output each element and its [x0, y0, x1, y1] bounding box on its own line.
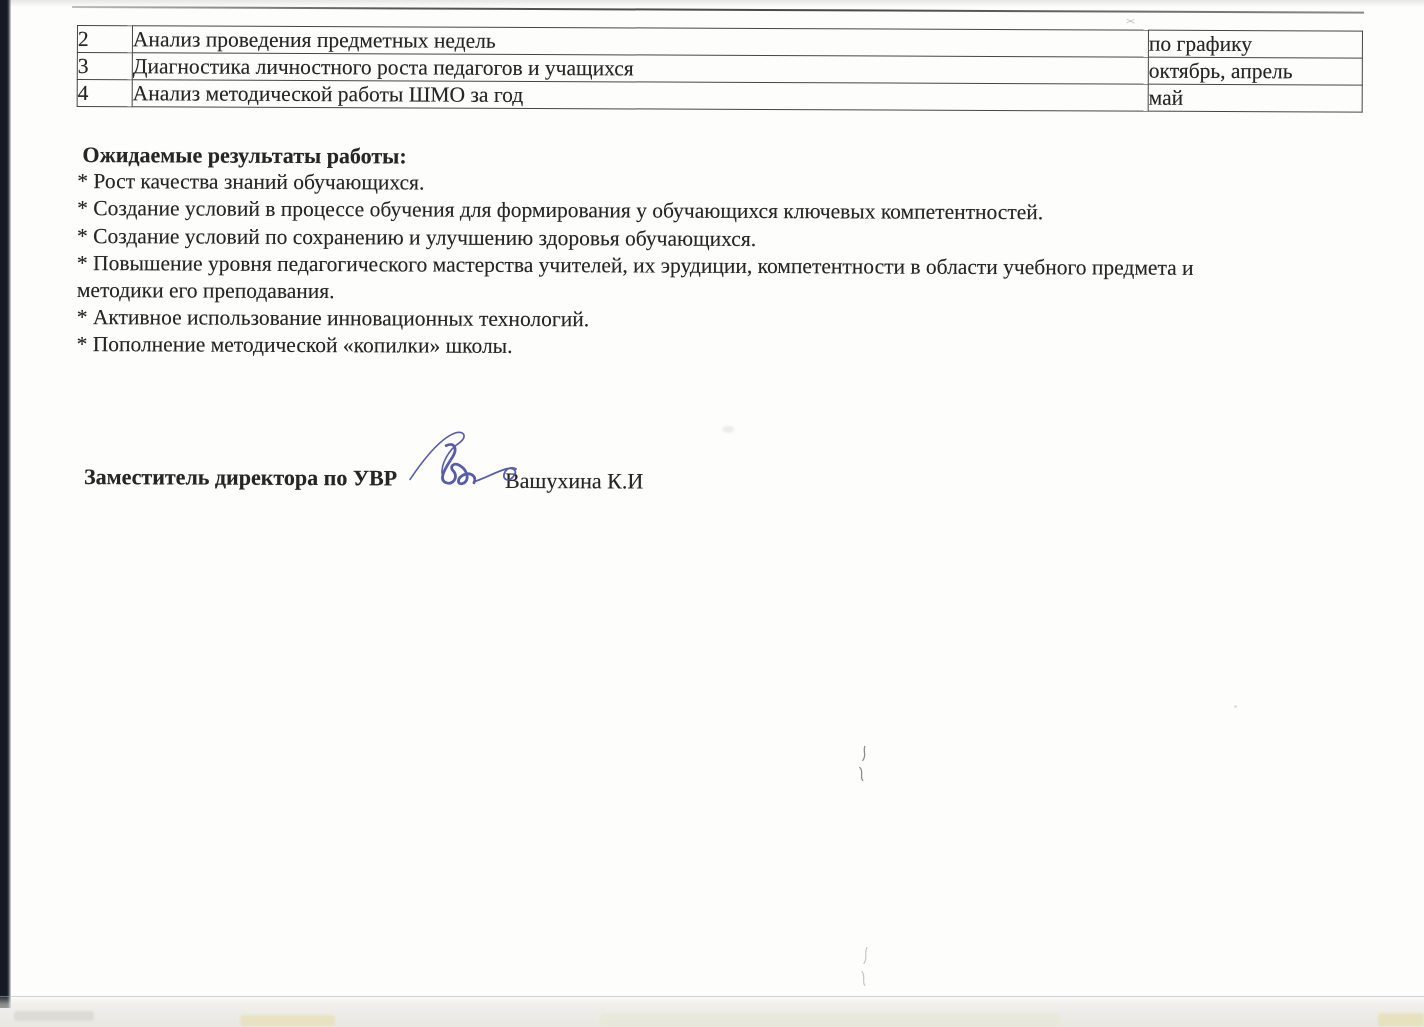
expected-results-section: Ожидаемые результаты работы: * Рост каче… — [77, 141, 1368, 364]
signature-scribble — [394, 421, 534, 502]
scan-smudge — [722, 426, 734, 433]
scan-speck — [1126, 19, 1135, 24]
scan-smudge — [14, 1011, 94, 1021]
scan-speck — [1126, 19, 1135, 24]
scan-edge-left — [0, 0, 11, 1008]
timing-cell: по графику — [1148, 30, 1362, 58]
scanned-page: 2 Анализ проведения предметных недель по… — [0, 0, 1424, 1027]
cutoff-row-border — [72, 6, 1364, 14]
scan-smudge — [1378, 1013, 1424, 1026]
timing-cell: май — [1148, 84, 1362, 112]
pencil-mark — [851, 741, 877, 785]
row-number-cell: 4 — [77, 80, 132, 107]
scan-smudge — [600, 1013, 1060, 1026]
deputy-director-label: Заместитель директора по УВР — [84, 464, 397, 491]
work-plan-table: 2 Анализ проведения предметных недель по… — [77, 25, 1363, 113]
timing-cell: октябрь, апрель — [1148, 57, 1362, 85]
pencil-mark — [852, 941, 878, 989]
result-line: * Пополнение методической «копилки» школ… — [77, 331, 1367, 364]
scan-smudge — [240, 1015, 335, 1026]
table-row: 4 Анализ методической работы ШМО за год … — [77, 80, 1362, 113]
row-number-cell: 3 — [77, 53, 132, 80]
scan-speck — [1234, 705, 1237, 708]
task-cell: Анализ методической работы ШМО за год — [132, 80, 1148, 111]
scan-edge-top — [0, 0, 1424, 7]
row-number-cell: 2 — [77, 26, 132, 53]
scan-edge-line — [0, 996, 1424, 997]
scan-edge-bottom — [0, 995, 1424, 1027]
page-content: 2 Анализ проведения предметных недель по… — [0, 0, 1424, 1027]
